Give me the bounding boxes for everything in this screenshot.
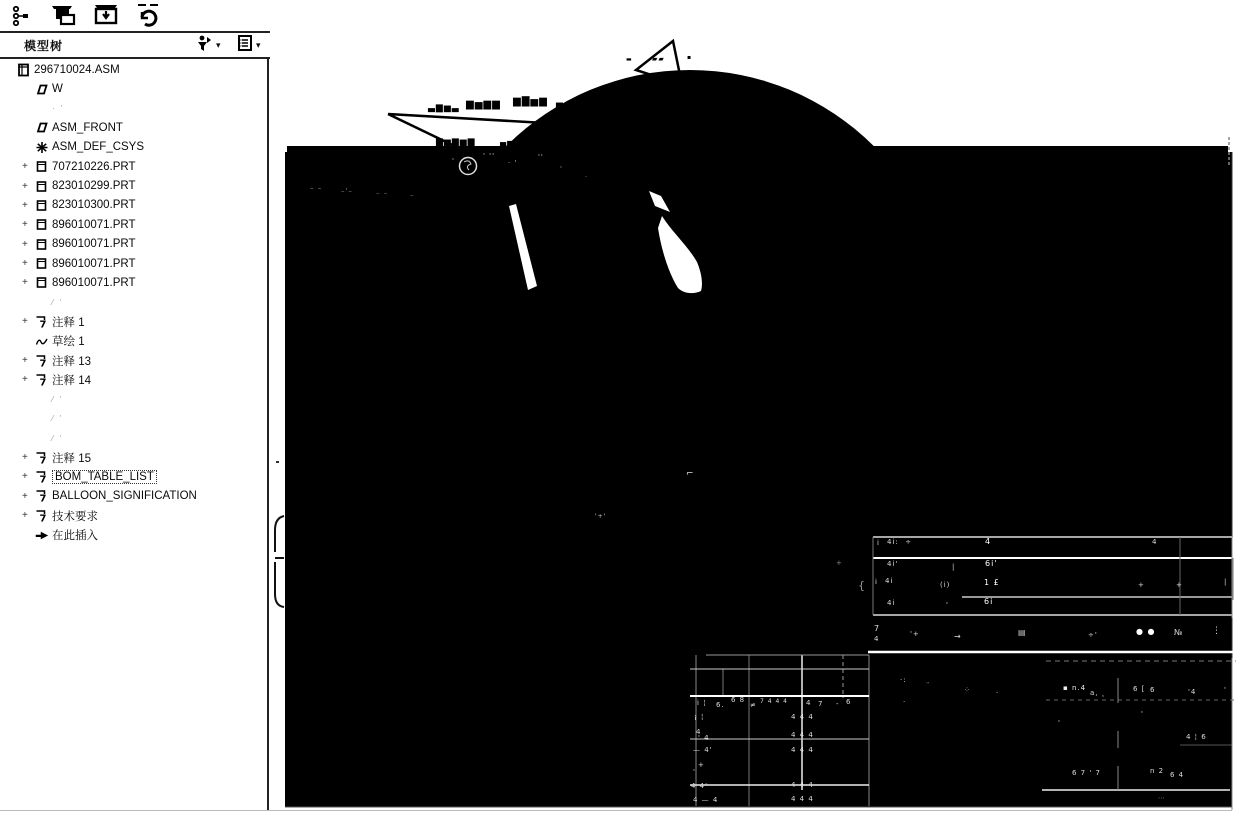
drawing-mark: ▪ n.4 [1063,685,1086,692]
drawing-mark: ▰▰ [652,56,665,63]
svg-text:7: 7 [40,513,47,523]
drawing-mark: – – [376,190,388,197]
drawing-mark: 4 [874,636,879,643]
tree-item-label: 296710024.ASM [34,64,120,76]
expand-toggle[interactable]: + [22,471,35,482]
drawing-mark: · [903,699,906,706]
part-icon [35,199,52,212]
tree-item[interactable]: ⁄ ' [0,293,266,312]
drawing-mark: | [1224,579,1227,586]
list-icon [236,34,254,57]
drawing-mark: ▃▅ [543,138,557,146]
drawing-mark: i ¦ [697,700,707,707]
drawing-mark: 4 [985,538,991,546]
tree-item[interactable]: +896010071.PRT [0,254,266,273]
tree-item[interactable]: ASM_FRONT [0,118,266,137]
drawing-mark: 7 4 4 4 [760,699,788,705]
annotation-icon: 7 [35,451,52,465]
tree-item[interactable]: · ' [0,99,266,118]
tree-item-label: 注释 15 [52,450,91,466]
drawing-mark: 4i [885,578,893,585]
assembly-icon [17,63,34,77]
expand-toggle[interactable]: + [22,374,35,385]
drawing-mark: '' [538,154,544,161]
tree-item-label: 草绘 1 [52,333,85,349]
tree-item[interactable]: +7注释 13 [0,351,266,370]
drawing-mark: 4 4 4 [791,714,814,721]
drawing-mark: ' [1058,720,1061,727]
stamp-mark [460,158,477,175]
drawing-mark: ⌐ [686,470,695,479]
drawing-mark: | [952,564,955,571]
drawing-mark: ¡ ¦ [694,714,704,721]
expand-toggle[interactable]: + [22,239,35,250]
tree-header-separator [0,57,270,59]
drawing-mark: ' '' [483,153,495,160]
datum-plane-icon [35,83,52,96]
drawing-mark: 1 £ [984,579,1000,587]
drawing-mark: 4 [1152,539,1157,546]
svg-text:7: 7 [40,377,47,387]
tree-item[interactable]: ⁄ ' [0,409,266,428]
tree-item[interactable]: +7注释 1 [0,312,266,331]
tree-item-label: 注释 13 [52,353,91,369]
tree-item[interactable]: +7注释 15 [0,448,266,467]
tree-item-label: BOM_TABLE_LIST [52,470,157,484]
drawing-mark: 4i: ÷ [887,539,912,546]
model-tree-panel: 296710024.ASMW· 'ASM_FRONTASM_DEF_CSYS+7… [0,60,266,810]
drawing-mark: 6 [1150,687,1155,694]
drawing-mark: 7 [874,625,880,633]
csys-icon [35,141,52,154]
drawing-mark: + [836,560,843,567]
tree-item-label: · ' [52,104,64,113]
drawing-mark: 6 [846,699,851,706]
drawing-mark: ▪ [687,55,692,61]
drawing-mark: 6 7 ' 7 [1072,770,1101,777]
title-block [1042,658,1236,810]
expand-toggle[interactable]: + [22,491,35,502]
drawing-mark: ▃▆▅▃ [428,104,460,113]
tree-filter-dropdown[interactable]: ▾ [196,34,221,56]
drawing-mark: ' [560,166,563,173]
chevron-down-icon: ▾ [216,40,221,51]
expand-toggle[interactable]: + [22,258,35,269]
drawing-mark: – – [310,185,322,192]
tree-item[interactable]: +7BALLOON_SIGNIFICATION [0,487,266,506]
tree-item-label: 在此插入 [52,527,98,543]
tree-item[interactable]: W [0,79,266,98]
drawing-mark: 6 4 [1170,772,1184,779]
tree-item-label: ⁄ ' [52,395,63,404]
drawing-mark: 6. [716,702,725,709]
drawing-mark: ·: [900,677,907,684]
funnel-icon [196,34,214,57]
tree-item-label: ⁄ ' [52,414,63,423]
drawing-mark: + [698,762,705,769]
drawing-mark: ▅▆▅ [500,140,521,148]
leader-line [703,116,750,138]
expand-toggle[interactable]: + [22,181,35,192]
expand-toggle[interactable]: + [22,316,35,327]
drawing-mark: '+' [595,514,606,520]
tree-item[interactable]: +7BOM_TABLE_LIST [0,467,266,486]
drawing-mark: '+ [910,631,920,638]
tree-item[interactable]: 在此插入 [0,525,266,544]
tree-item-label: ⁄ ' [52,298,63,307]
drawing-mark: i [877,540,880,547]
rim-highlight [649,191,670,212]
expand-toggle[interactable]: + [22,161,35,172]
annotation-icon: 7 [35,489,52,503]
tree-settings-dropdown[interactable]: ▾ [236,34,261,56]
drawing-mark: № [1174,629,1183,637]
drawing-mark: 6i [984,598,993,606]
tree-item-label: 896010071.PRT [52,277,136,289]
drawing-mark: ▬ [626,57,633,63]
expand-toggle[interactable]: + [22,219,35,230]
drawing-mark: — 4' [693,747,713,754]
drawing-mark: { [858,580,866,591]
drawing-mark: ▤ [1018,629,1027,637]
drawing-mark: · [585,174,588,181]
drawing-mark: –'– [341,188,353,195]
sketch-icon [35,335,52,348]
drawing-mark: 6i' [985,560,998,568]
drawing-mark: 4 [806,700,811,707]
app-window: 模型树 ▾ ▾ 296710024.ASMW· 'A [0,0,1240,816]
drawing-mark: 4 4 4 [791,796,814,803]
annotation-icon: 7 [35,354,52,368]
drawing-mark: (i) [940,582,950,589]
tree-item-label: 823010300.PRT [52,199,136,211]
drawing-mark: - [836,701,840,708]
tire-view [430,70,950,590]
tree-item-label: 注释 1 [52,314,85,330]
part-icon [35,238,52,251]
drawing-mark: ' [1141,711,1144,718]
drawing-mark: ' 4 [698,735,710,742]
chevron-down-icon: ▾ [256,40,261,51]
drawing-mark: 4 4' [691,783,708,790]
expand-toggle[interactable]: + [22,200,35,211]
drawing-mark: ' [693,769,696,776]
panel-bottom-line [0,810,1232,811]
drawing-mark: ▆▅▆ [746,105,772,115]
bom-table [873,537,1233,618]
tree-item-label: 896010071.PRT [52,219,136,231]
model-tree-header: 模型树 ▾ ▾ [0,33,270,57]
drawing-mark: '4 [1188,689,1196,696]
svg-text:7: 7 [40,474,47,484]
annotation-icon: 7 [35,509,52,523]
drawing-mark: ⋮ [1212,627,1222,636]
part-icon [35,257,52,270]
svg-text:7: 7 [40,319,47,329]
expand-toggle[interactable]: + [22,510,35,521]
drawing-mark: ≠ [750,702,757,709]
drawing-mark: 4i' [887,561,898,568]
svg-text:7: 7 [40,494,47,504]
drawing-mark: ● ● [1136,628,1156,636]
tree-item[interactable]: +7注释 14 [0,370,266,389]
drawing-mark: 6 8 [731,697,745,704]
tree-item[interactable]: 296710024.ASM [0,60,266,79]
drawing-mark: ▅▃ [556,101,572,110]
drawing-mark: 4i [887,600,895,607]
tree-item[interactable]: ASM_DEF_CSYS [0,138,266,157]
drawing-mark: 4 4 4 [791,747,814,754]
drawing-mark: ' [1102,695,1105,702]
drawing-mark: ▆▅▆▆ [466,100,501,110]
drawing-mark: 4 4 4 [791,782,814,789]
drawing-mark: → [954,633,962,641]
drawing-mark: · ' [508,160,517,167]
revision-table [690,655,869,806]
drawing-mark: ⁘ [964,687,971,694]
drawing-mark: – [410,192,415,199]
copy-layers-icon[interactable] [50,3,80,29]
drawing-mark: ' [452,158,455,165]
tree-item[interactable]: +7技术要求 [0,506,266,525]
svg-text:7: 7 [40,358,47,368]
tree-item-label: BALLOON_SIGNIFICATION [52,490,197,502]
expand-toggle[interactable]: + [22,277,35,288]
tree-item-label: 技术要求 [52,508,98,524]
part-icon [35,160,52,173]
tree-item[interactable]: +896010071.PRT [0,273,266,292]
drawing-mark: a, [1090,690,1099,697]
part-icon [35,180,52,193]
tree-item[interactable]: +707210226.PRT [0,157,266,176]
tree-item[interactable]: 草绘 1 [0,331,266,350]
drawing-mark: 6 [ [1133,686,1145,693]
drawing-mark: ▆▅▆▅▆ [436,138,476,147]
model-tree-title: 模型树 [24,37,63,54]
expand-toggle[interactable]: + [22,355,35,366]
drawing-mark: ¨ [926,683,931,690]
drawing-mark: ' [946,602,949,609]
drawing-mark: + [1176,582,1183,589]
part-icon [35,218,52,231]
part-icon [35,276,52,289]
annotation-icon: 7 [35,315,52,329]
splitter-sash [275,516,284,607]
tree-item-label: 823010299.PRT [52,180,136,192]
svg-text:7: 7 [40,455,47,465]
drawing-mark: · [996,690,999,697]
revision-triangle [636,41,682,85]
tree-item-label: ⁄ ' [52,434,63,443]
tree-item-label: 896010071.PRT [52,258,136,270]
tree-item-label: ASM_FRONT [52,122,123,134]
tree-item[interactable]: ⁄ ' [0,428,266,447]
annotation-icon: 7 [35,470,52,484]
drawing-mark: ' [1224,687,1227,694]
tree-item-label: 896010071.PRT [52,238,136,250]
drawing-mark: ÷' [1088,632,1098,639]
tree-item[interactable]: +823010300.PRT [0,196,266,215]
drawing-mark: 4 ¦ 6 [1186,734,1207,741]
drawing-mark: n 2 [1150,768,1164,775]
drawing-mark: i [875,579,878,586]
import-box-icon[interactable] [92,3,122,29]
drawing-mark: 7 [818,701,823,708]
tree-item-label: ASM_DEF_CSYS [52,141,144,153]
tree-item-label: 707210226.PRT [52,161,136,173]
tree-item-label: 注释 14 [52,372,91,388]
drawing-mark: ⋯ [1158,795,1166,802]
insert-arrow-icon [35,529,52,542]
quick-access-toolbar [0,0,272,32]
annotation-icon: 7 [35,373,52,387]
drawing-mark: ▆▇▅▆ [513,97,548,107]
drawing-mark: + [1138,582,1145,589]
datum-plane-icon [35,121,52,134]
drawing-mark: 4 4 4 [791,732,814,739]
drawing-mark: 4 — 4 [693,797,718,804]
refresh-rotate-icon[interactable] [134,3,164,29]
tree-item[interactable]: +896010071.PRT [0,215,266,234]
tree-item-label: W [52,83,63,95]
tree-structure-icon[interactable] [8,3,38,29]
panel-divider[interactable] [267,58,269,810]
tree-item[interactable]: +823010299.PRT [0,176,266,195]
tree-item[interactable]: +896010071.PRT [0,235,266,254]
tree-item[interactable]: ⁄ ' [0,390,266,409]
expand-toggle[interactable]: + [22,452,35,463]
